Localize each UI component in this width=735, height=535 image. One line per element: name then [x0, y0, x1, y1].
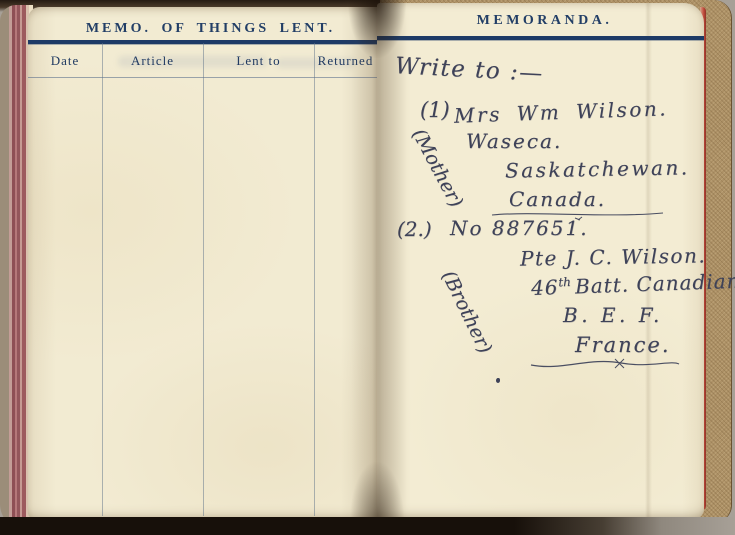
right-page-title: MEMORANDA.: [377, 13, 704, 29]
handwritten-entry2-country: France.: [575, 333, 671, 357]
column-divider: [203, 43, 204, 516]
handwritten-entry2-relation: (Brother): [437, 267, 496, 357]
column-divider: [314, 43, 315, 516]
unit-number: 46: [531, 275, 559, 300]
handwritten-entry1-name: Mrs Wm Wilson.: [454, 96, 669, 127]
handwritten-entry1-relation: (Mother): [408, 125, 468, 211]
handwritten-entry1-number: (1): [420, 98, 450, 122]
handwritten-entry2-service-number: No 887651.: [450, 216, 589, 240]
handwritten-entry1-country: Canada.: [509, 187, 606, 211]
bottom-edge-shadow: [0, 517, 735, 535]
handwritten-salutation: Write to :—: [394, 53, 544, 87]
right-page: MEMORANDA. Write to :— (1) Mrs Wm Wilson…: [377, 3, 704, 519]
left-page-title: MEMO. OF THINGS LENT.: [28, 21, 377, 37]
column-header-returned: Returned: [314, 53, 377, 69]
handwritten-entry2-number: (2.): [397, 217, 432, 241]
right-header-rule: [377, 36, 704, 40]
column-header-lent-to: Lent to: [203, 53, 314, 69]
unit-ordinal: th: [558, 275, 571, 289]
column-header-article: Article: [102, 53, 203, 69]
column-header-date: Date: [28, 53, 102, 69]
left-page: MEMO. OF THINGS LENT. Date Article Lent …: [28, 7, 377, 519]
handwritten-entry2-force: B. E. F.: [563, 303, 663, 327]
handwritten-entry1-province: Saskatchewan.: [505, 155, 690, 182]
handwritten-entry2-rank-name: Pte J. C. Wilson.: [520, 243, 707, 270]
ink-dot: [496, 378, 500, 383]
notebook-photo: MEMO. OF THINGS LENT. Date Article Lent …: [0, 0, 735, 535]
column-divider: [102, 43, 103, 516]
handwritten-entry1-town: Waseca.: [466, 129, 562, 153]
